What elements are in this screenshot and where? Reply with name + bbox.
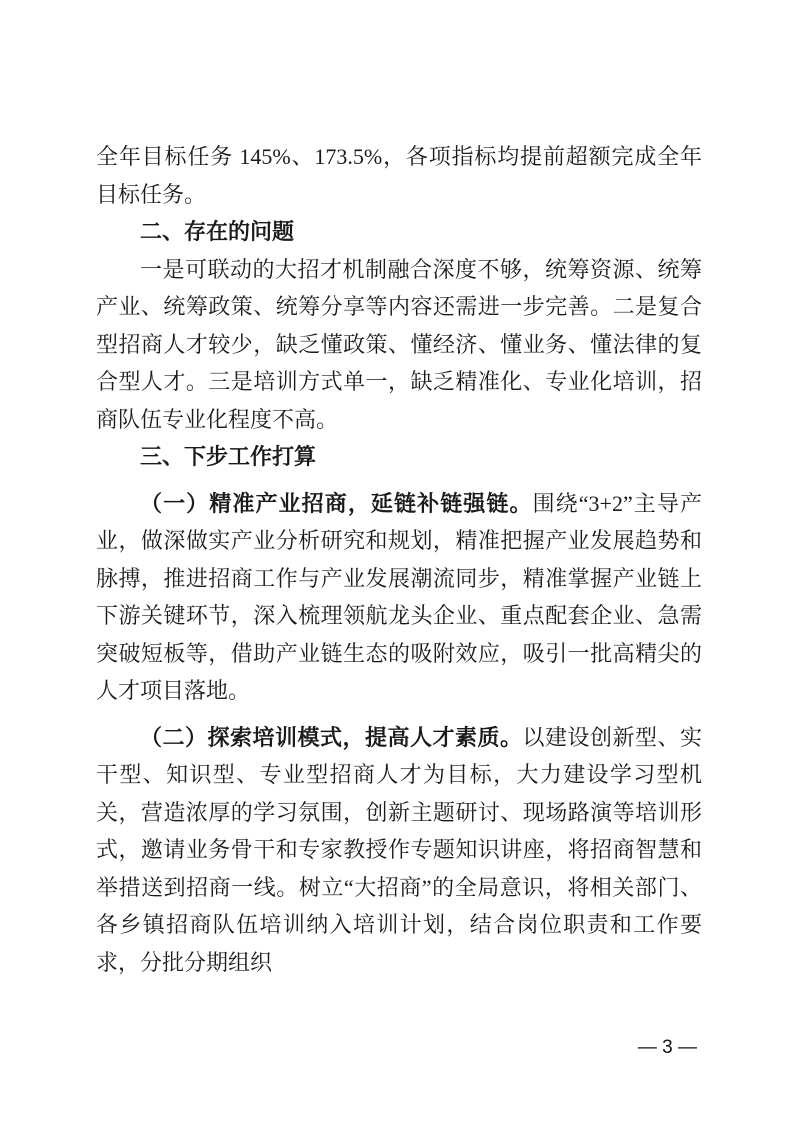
document-page: 全年目标任务 145%、173.5%，各项指标均提前超额完成全年目标任务。 二、… bbox=[0, 0, 793, 1122]
section-heading-problems: 二、存在的问题 bbox=[96, 213, 702, 251]
paragraph-plan-1-lead: （一）精准产业招商，延链补链强链。 bbox=[140, 491, 533, 516]
paragraph-continuation: 全年目标任务 145%、173.5%，各项指标均提前超额完成全年目标任务。 bbox=[96, 138, 702, 213]
paragraph-problems: 一是可联动的大招才机制融合深度不够，统筹资源、统筹产业、统筹政策、统筹分享等内容… bbox=[96, 251, 702, 439]
page-number: — 3 — bbox=[638, 1036, 697, 1060]
section-heading-plan: 三、下步工作打算 bbox=[96, 438, 702, 476]
paragraph-plan-1-body: 围绕“3+2”主导产业，做深做实产业分析研究和规划，精准把握产业发展趋势和脉搏，… bbox=[96, 491, 702, 704]
paragraph-plan-2-lead: （二）探索培训模式，提高人才素质。 bbox=[140, 725, 522, 750]
paragraph-plan-2: （二）探索培训模式，提高人才素质。以建设创新型、实干型、知识型、专业型招商人才为… bbox=[96, 719, 702, 982]
document-body: 全年目标任务 145%、173.5%，各项指标均提前超额完成全年目标任务。 二、… bbox=[96, 138, 702, 981]
paragraph-plan-2-body: 以建设创新型、实干型、知识型、专业型招商人才为目标，大力建设学习型机关，营造浓厚… bbox=[96, 725, 702, 975]
paragraph-plan-1: （一）精准产业招商，延链补链强链。围绕“3+2”主导产业，做深做实产业分析研究和… bbox=[96, 485, 702, 710]
